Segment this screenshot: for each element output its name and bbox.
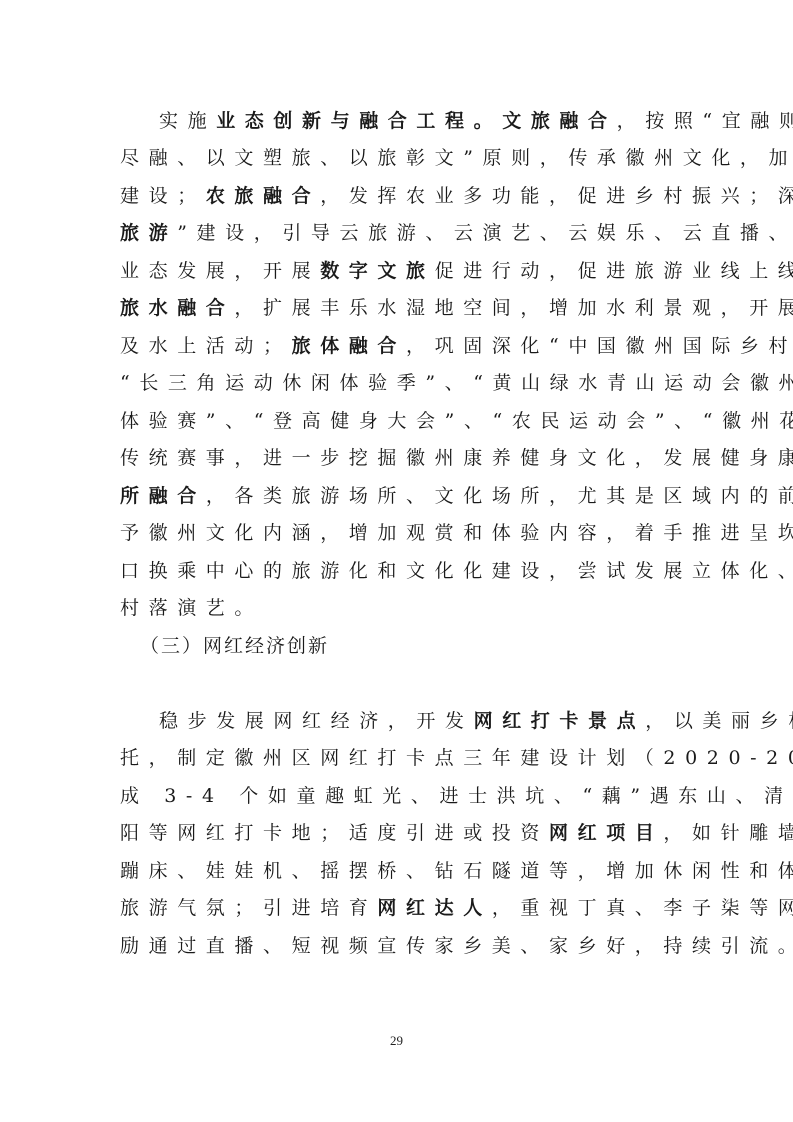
text-line: 所融合，各类旅游场所、文化场所，尤其是区域内的前台场所，赋 <box>120 481 676 511</box>
bold-text: 所融合 <box>120 485 206 507</box>
document-page: 实施业态创新与融合工程。文旅融合，按照“宜融则融、能融尽融、以文塑旅、以旅彰文”… <box>0 0 793 1122</box>
text-line: 及水上活动；旅体融合，巩固深化“中国徽州国际乡村慢步大会”、 <box>120 331 676 361</box>
bold-text: 数字文旅 <box>320 260 434 282</box>
bold-text: 农旅融合 <box>206 185 320 207</box>
text-line: 业态发展，开展数字文旅促进行动，促进旅游业线上线下深度融合； <box>120 256 676 286</box>
bold-text: 网红项目 <box>549 822 663 844</box>
text-line: 励通过直播、短视频宣传家乡美、家乡好，持续引流。 <box>120 931 676 961</box>
text-run: ，发挥农业多功能，促进乡村振兴；深化“ <box>320 185 793 207</box>
text-run: 传统赛事，进一步挖掘徽州康养健身文化，发展健身康养旅游； <box>120 447 793 469</box>
text-line: 实施业态创新与融合工程。文旅融合，按照“宜融则融、能融 <box>159 106 676 136</box>
bold-text: 旅水融合 <box>120 297 234 319</box>
text-run: 蹦床、娃娃机、摇摆桥、钻石隧道等，增加休闲性和体验性，活跃 <box>120 860 793 882</box>
text-run: 稳步发展网红经济，开发 <box>159 710 474 732</box>
text-line: 口换乘中心的旅游化和文化化建设，尝试发展立体化、情景化主题 <box>120 556 676 586</box>
text-run: ，以美丽乡村资源为依 <box>645 710 793 732</box>
text-line: “长三角运动休闲体验季”、“黄山绿水青山运动会徽州区户外趣味 <box>120 368 676 398</box>
text-run: 励通过直播、短视频宣传家乡美、家乡好，持续引流。 <box>120 935 793 957</box>
text-line: 尽融、以文塑旅、以旅彰文”原则，传承徽州文化，加强红色文化 <box>120 143 676 173</box>
bold-text: 旅游 <box>120 222 177 244</box>
text-run: 尽融、以文塑旅、以旅彰文”原则，传承徽州文化，加强红色文化 <box>120 147 793 169</box>
page-number: 29 <box>0 1033 793 1049</box>
text-run: ”建设，引导云旅游、云演艺、云娱乐、云直播、云展览等新 <box>177 222 793 244</box>
bold-text: 文旅融合 <box>502 110 616 132</box>
text-run: 体验赛”、“登高健身大会”、“农民运动会”、“徽州花田跑”等徽州 <box>120 410 793 432</box>
bold-text: 业态创新与融合工程。 <box>216 110 502 132</box>
text-run: （三）网红经济创新 <box>140 635 329 657</box>
text-run: ，扩展丰乐水湿地空间，增加水利景观，开展亲子、摄影 <box>234 297 793 319</box>
text-run: 业态发展，开展 <box>120 260 320 282</box>
text-run: ，重视丁真、李子柒等网红现象，鼓 <box>492 897 793 919</box>
text-run: 及水上活动； <box>120 335 292 357</box>
text-run: 村落演艺。 <box>120 597 263 619</box>
text-line: 蹦床、娃娃机、摇摆桥、钻石隧道等，增加休闲性和体验性，活跃 <box>120 856 676 886</box>
text-line: 体验赛”、“登高健身大会”、“农民运动会”、“徽州花田跑”等徽州 <box>120 406 676 436</box>
text-run: ，按照“宜融则融、能融 <box>617 110 793 132</box>
text-run: 予徽州文化内涵，增加观赏和体验内容，着手推进呈坎服务区、潜 <box>120 522 793 544</box>
text-line: 建设；农旅融合，发挥农业多功能，促进乡村振兴；深化“互联网+ <box>120 181 676 211</box>
text-run: 口换乘中心的旅游化和文化化建设，尝试发展立体化、情景化主题 <box>120 560 793 582</box>
text-run: 实施 <box>159 110 216 132</box>
text-run: “长三角运动休闲体验季”、“黄山绿水青山运动会徽州区户外趣味 <box>120 372 793 394</box>
text-line: 予徽州文化内涵，增加观赏和体验内容，着手推进呈坎服务区、潜 <box>120 518 676 548</box>
text-run: ，如针雕墙、彩虹滑道、 <box>663 822 793 844</box>
text-line: 传统赛事，进一步挖掘徽州康养健身文化，发展健身康养旅游；场 <box>120 443 676 473</box>
text-run: 阳等网红打卡地；适度引进或投资 <box>120 822 549 844</box>
bold-text: 网红打卡景点 <box>474 710 646 732</box>
text-run: 托，制定徽州区网红打卡点三年建设计划（2020-2022 年），每年形 <box>120 747 793 769</box>
text-run: 建设； <box>120 185 206 207</box>
text-line: 托，制定徽州区网红打卡点三年建设计划（2020-2022 年），每年形 <box>120 743 676 773</box>
text-line: 旅游气氛；引进培育网红达人，重视丁真、李子柒等网红现象，鼓 <box>120 893 676 923</box>
text-run: 旅游气氛；引进培育 <box>120 897 377 919</box>
text-line: 稳步发展网红经济，开发网红打卡景点，以美丽乡村资源为依 <box>159 706 676 736</box>
bold-text: 网红达人 <box>377 897 491 919</box>
text-line: 阳等网红打卡地；适度引进或投资网红项目，如针雕墙、彩虹滑道、 <box>120 818 676 848</box>
text-line: 旅水融合，扩展丰乐水湿地空间，增加水利景观，开展亲子、摄影 <box>120 293 676 323</box>
text-line: 旅游”建设，引导云旅游、云演艺、云娱乐、云直播、云展览等新 <box>120 218 676 248</box>
text-line: 成 3-4 个如童趣虹光、进士洪坑、“藕”遇东山、清凉光明、云上呈 <box>120 781 676 811</box>
text-run: 成 3-4 个如童趣虹光、进士洪坑、“藕”遇东山、清凉光明、云上呈 <box>120 785 793 807</box>
text-run: ，各类旅游场所、文化场所，尤其是区域内的前台场所，赋 <box>206 485 793 507</box>
text-line: （三）网红经济创新 <box>140 631 696 661</box>
text-run: 促进行动，促进旅游业线上线下深度融合； <box>435 260 793 282</box>
text-line: 村落演艺。 <box>120 593 676 623</box>
text-run: ，巩固深化“中国徽州国际乡村慢步大会”、 <box>406 335 793 357</box>
bold-text: 旅体融合 <box>292 335 406 357</box>
